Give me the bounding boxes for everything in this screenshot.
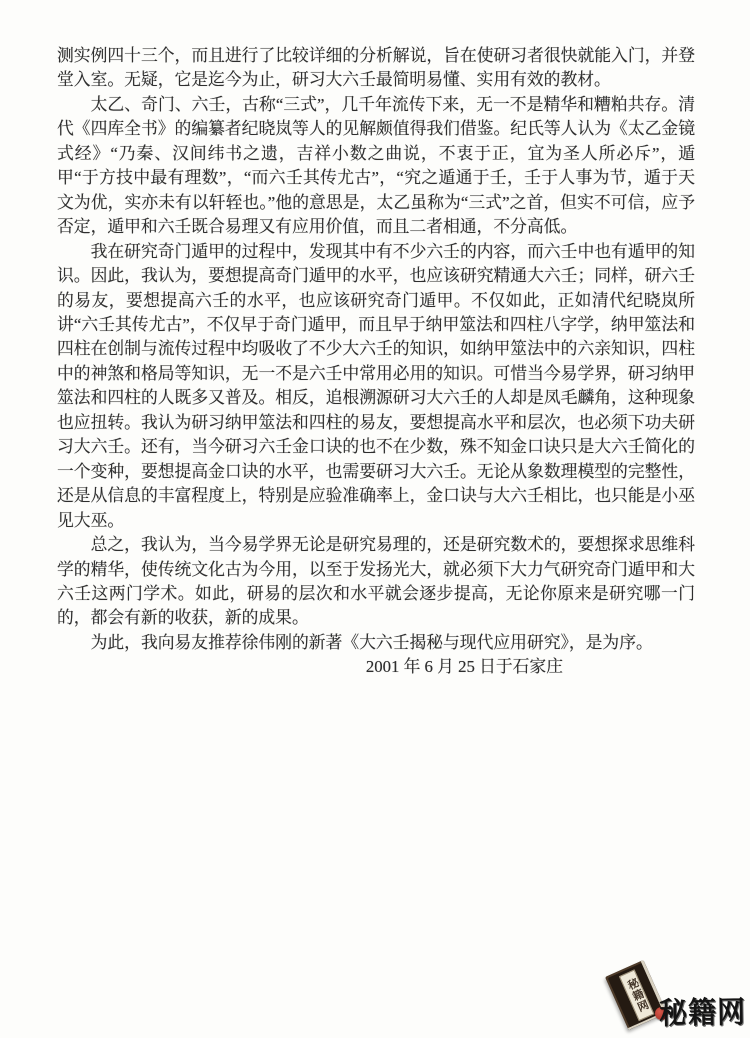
paragraph-3: 我在研究奇门遁甲的过程中，发现其中有不少六壬的内容，而六壬中也有遁甲的知识。因此… xyxy=(57,240,695,533)
paragraph-4: 总之，我认为，当今易学界无论是研究易理的，还是研究数术的，要想探求思维科学的精华… xyxy=(57,533,695,631)
date-line: 2001 年 6 月 25 日于石家庄 xyxy=(57,655,695,679)
paragraph-1: 测实例四十三个，而且进行了比较详细的分析解说，旨在使研习者很快就能入门，并登堂入… xyxy=(57,44,695,93)
book-label: 秘籍网 xyxy=(619,969,654,1021)
book-logo-icon: 秘籍网 xyxy=(605,960,667,1030)
preface-text-block: 测实例四十三个，而且进行了比较详细的分析解说，旨在使研习者很快就能入门，并登堂入… xyxy=(57,44,695,680)
watermark-site-name: 秘籍网 xyxy=(659,989,747,1034)
paragraph-5: 为此，我向易友推荐徐伟刚的新著《大六壬揭秘与现代应用研究》，是为序。 xyxy=(57,631,695,655)
scanned-document-page: 测实例四十三个，而且进行了比较详细的分析解说，旨在使研习者很快就能入门，并登堂入… xyxy=(0,0,750,1038)
mijiwang-watermark: 秘籍网 秘籍网 xyxy=(602,958,747,1036)
paragraph-2: 太乙、奇门、六壬，古称“三式”，几千年流传下来，无一不是精华和糟粕共存。清代《四… xyxy=(57,93,695,240)
